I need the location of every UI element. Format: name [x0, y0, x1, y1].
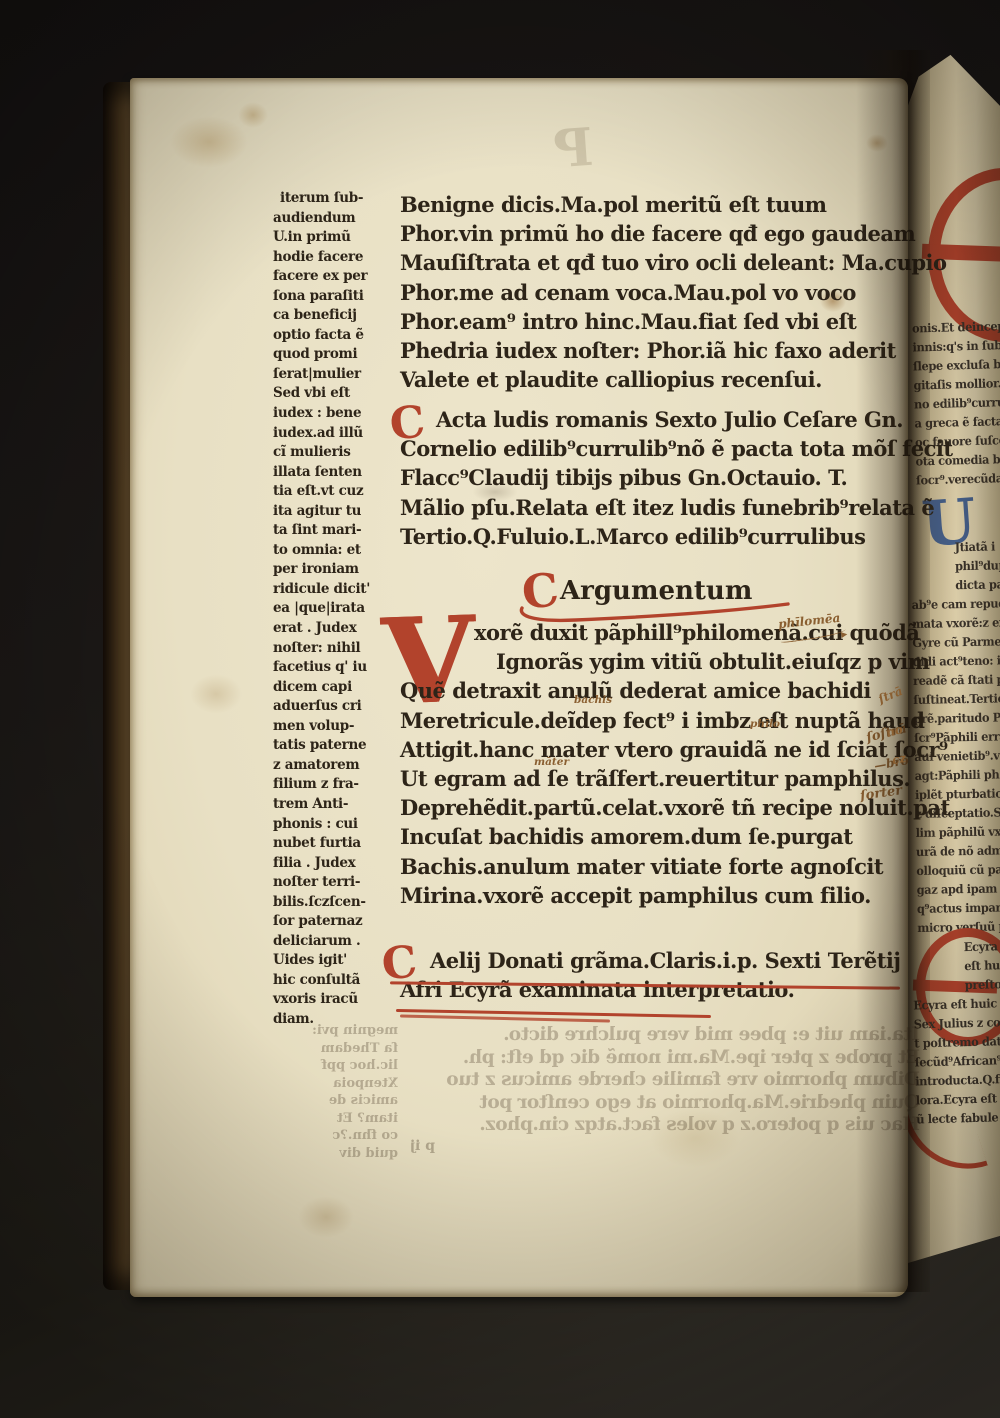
show-through-line: Xtenpoia [282, 1075, 398, 1093]
handwritten-annotation: bachis [574, 694, 612, 706]
text-line: Benigne dicis.Ma.pol meritũ eſt tuum [400, 190, 947, 219]
gloss-line: to omnia: et [273, 541, 399, 561]
show-through-line: itam? Et [282, 1110, 398, 1128]
didascalia-paragraph: Acta ludis romanis Sexto Julio Ceſare Gn… [400, 405, 953, 551]
gloss-line: men volup- [273, 717, 399, 737]
text-line: Ignorãs ygim vitiũ obtulit.eiuſqz p vim [496, 647, 950, 676]
text-line: Mauſiſtrata et qđ tuo viro ocli deleant:… [400, 248, 947, 277]
text-line: Phedria iudex noſter: Phor.iã hic faxo a… [400, 336, 947, 365]
facing-text-line: ſecũd⁹African⁹ [915, 1051, 1000, 1073]
photo-background: onis.Et deincepinnis:q's in ſubdſlepe ex… [0, 0, 1000, 1418]
facing-text-line: lora.Ecyra eſt hui [916, 1089, 1000, 1111]
gloss-line: noſter terri- [273, 873, 399, 893]
gloss-line: audiendum [273, 209, 399, 229]
facing-text-line: Ecyra eſt huic no [913, 994, 1000, 1016]
facing-text-block-bottom: Ecyra huieſt huic npreſto ſiEcyra eſt hu… [912, 937, 1000, 1130]
text-line: Mirina.vxorẽ accepit pamphilus cum filio… [400, 881, 950, 910]
handwritten-annotation: phīlo [750, 718, 780, 730]
gloss-line: filium z fra- [273, 775, 399, 795]
gloss-line: noſter: nihil [273, 639, 399, 659]
handwritten-annotation: māter [534, 756, 569, 768]
gloss-line: filia . Judex [273, 854, 399, 874]
gloss-line: bilis.ſczſcen- [273, 893, 399, 913]
red-underline [400, 1014, 610, 1022]
text-line: Tertio.Q.Fuluio.L.Marco edilib⁹currulibu… [400, 522, 953, 551]
show-through-signature: p ij [410, 1138, 435, 1154]
gloss-line: dicem capi [273, 678, 399, 698]
gloss-line: Sed vbi eſt [273, 384, 399, 404]
gloss-line: per ironiam [273, 560, 399, 580]
facing-text-line: ab⁹e cam repudij [912, 594, 1000, 615]
show-through-line: lic.hoc ppf [282, 1057, 398, 1075]
text-line: Cornelio edilib⁹currulib⁹nõ ẽ pacta tota… [400, 434, 953, 463]
text-line: Incuſat bachidis amorem.dum ſe.purgat [400, 822, 950, 851]
argumentum-verse-paragraph: xorẽ duxit pãphill⁹philomenã.cui quõdãIg… [400, 618, 950, 910]
gloss-line: ſerat|mulier [273, 365, 399, 385]
book: onis.Et deincepinnis:q's in ſubdſlepe ex… [0, 0, 1000, 1418]
text-line: Quẽ detraxit anulũ dederat amice bachidi [400, 676, 950, 705]
text-line: xorẽ duxit pãphill⁹philomenã.cui quõdã [474, 618, 950, 647]
text-line: Aelij Donati grãma.Claris.i.p. Sexti Ter… [400, 946, 900, 975]
foxing-stain [190, 674, 242, 714]
text-line: Acta ludis romanis Sexto Julio Ceſare Gn… [400, 405, 953, 434]
foxing-stain [170, 116, 248, 168]
facing-text-line: Jtiatã i [955, 537, 1000, 557]
gloss-line: vxoris iracũ [273, 990, 399, 1010]
facing-text-line: phil⁹dup [955, 556, 1000, 576]
text-line: Phor.me ad cenam voca.Mau.pol vo voco [400, 278, 947, 307]
gloss-line: iudex : bene [273, 404, 399, 424]
show-through-line: Dibum phormio vre familie cherde amicus … [392, 1069, 920, 1092]
foxing-stain [298, 1196, 354, 1238]
gloss-line: hic conſultã [273, 971, 399, 991]
gloss-line: iterum ſub- [280, 189, 399, 209]
gloss-line: illata ſenten [273, 463, 399, 483]
facing-text-line: introducta.Q.ful [915, 1070, 1000, 1092]
show-through-line: ſa Thedam [282, 1040, 398, 1058]
text-line: Mãlio pſu.Relata eſt itez ludis funebrib… [400, 493, 953, 522]
show-through-line: Ita.iam uit e: pbee mid vere pulchre dic… [392, 1024, 920, 1047]
gloss-line: z amatorem [273, 756, 399, 776]
gloss-line: facetius q' iu [273, 658, 399, 678]
gloss-line: nubet furtia [273, 834, 399, 854]
facing-text-line: preſto ſi [965, 975, 1000, 996]
show-through-initial: P [552, 117, 595, 181]
gloss-line: trem Anti- [273, 795, 399, 815]
text-line: Afri Ecyrã examinata interpretatio. [400, 975, 900, 1004]
facing-text-line: t poſtremo data [914, 1032, 1000, 1054]
gloss-line: ta ſint mari- [273, 521, 399, 541]
colophon-paragraph: Aelij Donati grãma.Claris.i.p. Sexti Ter… [400, 946, 900, 1004]
text-line: Valete et plaudite calliopius recenſui. [400, 365, 947, 394]
show-through-line: Et probe z pter ipe.Ma.mi nomẽ dic qd eſ… [392, 1047, 920, 1070]
gloss-line: ſona paraſiti [273, 287, 399, 307]
show-through-line: quid div [282, 1145, 398, 1163]
text-line: Phor.vin primũ ho die facere qđ ego gaud… [400, 219, 947, 248]
gloss-line: optio facta ẽ [273, 326, 399, 346]
show-through-line: Hac uis q potero.z q voles fact.atqz cin… [392, 1114, 920, 1137]
text-line: Phor.eam⁹ intro hinc.Mau.fiat ſed vbi eſ… [400, 307, 947, 336]
text-line: Bachis.anulum mater vitiate forte agnoſc… [400, 852, 950, 881]
show-through-margin-block: megnin pvi:ſa Thedamlic.hoc ppfXtenpoiaa… [282, 1022, 398, 1162]
scene-end-paragraph: Benigne dicis.Ma.pol meritũ eſt tuumPhor… [400, 190, 947, 394]
facing-text-line: Ecyra hui [964, 937, 1000, 958]
gloss-line: tatis paterne [273, 736, 399, 756]
text-line: Flacc⁹Claudij tibijs pibus Gn.Octauio. T… [400, 463, 953, 492]
gloss-line: iudex.ad illũ [273, 424, 399, 444]
handwritten-annotation: cz [891, 751, 908, 768]
gloss-line: tia eſt.vt cuz [273, 482, 399, 502]
gloss-line: aduerſus cri [273, 697, 399, 717]
gloss-line: ſor paternaz [273, 912, 399, 932]
show-through-line: megnin pvi: [282, 1022, 398, 1040]
show-through-line: Quin phedrie.Ma.phormio at ego cenſtor p… [392, 1092, 920, 1115]
show-through-text-block: Ita.iam uit e: pbee mid vere pulchre dic… [392, 1024, 920, 1137]
gloss-line: phonis : cui [273, 815, 399, 835]
show-through-line: amicis de [282, 1092, 398, 1110]
gloss-line: hodie facere [273, 248, 399, 268]
foxing-stain [866, 134, 888, 152]
gloss-line: ita agitur tu [273, 502, 399, 522]
gloss-line: facere ex per [273, 267, 399, 287]
gloss-line: quod promi [273, 345, 399, 365]
facing-text-line: eſt huic n [964, 956, 1000, 977]
facing-text-line: ũ lecte fabule rem [916, 1108, 1000, 1130]
facing-text-line: Sex Julius z co [914, 1013, 1000, 1035]
page: P iterum ſub-audiendumU.in primũhodie fa… [130, 78, 908, 1297]
foxing-stain [238, 102, 268, 128]
facing-text-line: dicta parie [955, 575, 1000, 595]
gloss-line: U.in primũ [273, 228, 399, 248]
gloss-line: ca beneficij [273, 306, 399, 326]
gloss-line: cĩ mulieris [273, 443, 399, 463]
show-through-line: co fhn.?c [282, 1127, 398, 1145]
